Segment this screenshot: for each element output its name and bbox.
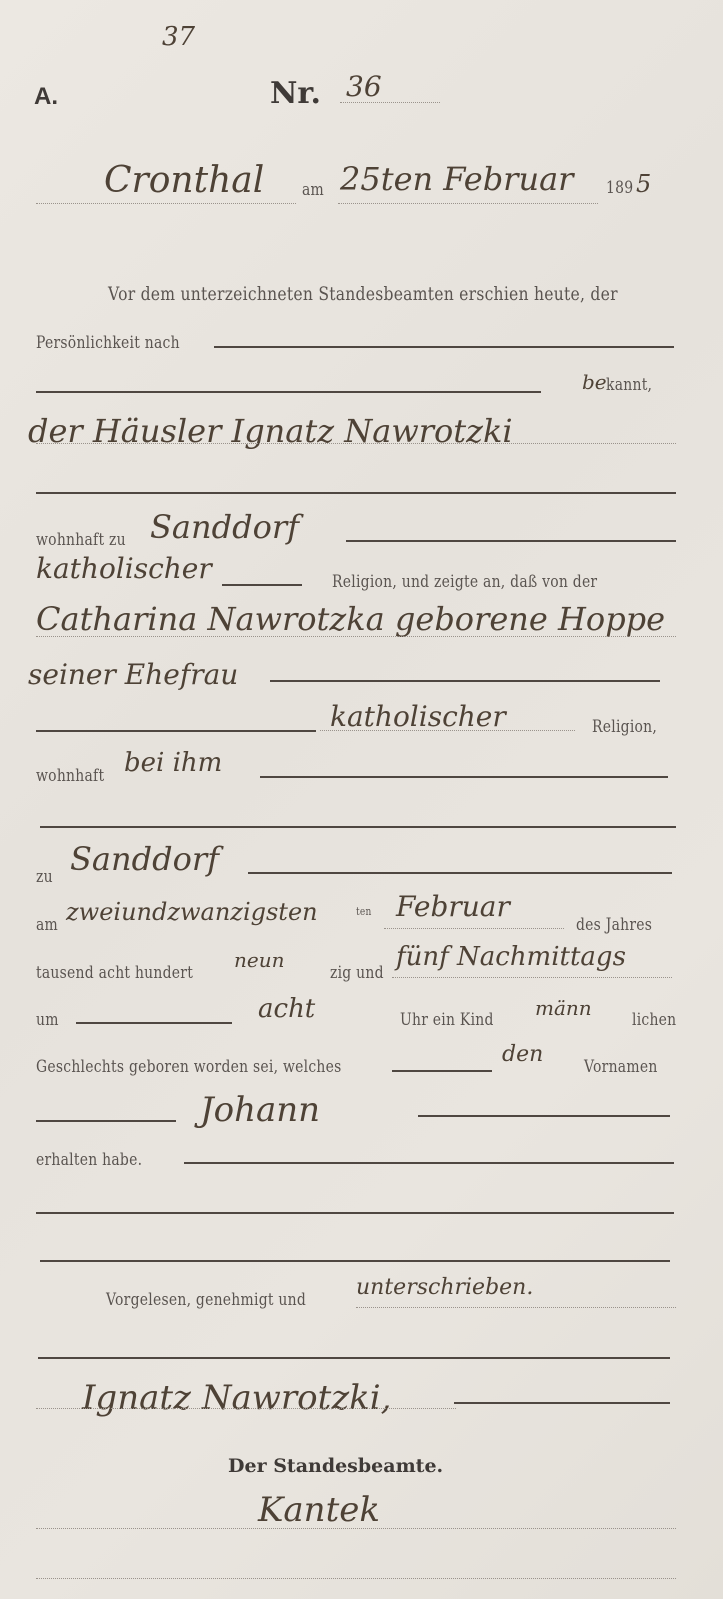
- mother-residence-label: wohnhaft: [36, 766, 104, 786]
- registrar-title: Der Standesbeamte.: [228, 1455, 443, 1477]
- vornamen-label: Vornamen: [584, 1057, 658, 1077]
- zig-und-label: zig und: [330, 963, 384, 983]
- form-letter: A.: [34, 83, 58, 111]
- mother-dotted-rule: [36, 636, 676, 637]
- unterschrieben-hand: unterschrieben.: [356, 1275, 533, 1300]
- bekannt-hand: be: [582, 370, 607, 394]
- record-number: 36: [346, 70, 382, 103]
- mother-residence-strike-line: [260, 776, 668, 778]
- am-label: am: [302, 180, 324, 200]
- blank-strike-line: [40, 826, 676, 828]
- mother-name: Catharina Nawrotzka geborene Hoppe: [36, 600, 665, 638]
- birth-year-unit: fünf Nachmittags: [396, 942, 626, 972]
- birth-decade: neun: [234, 948, 284, 972]
- registry-date: 25ten Februar: [340, 160, 573, 198]
- bekannt-print: kannt,: [606, 375, 652, 395]
- informant-signature: Ignatz Nawrotzki,: [82, 1378, 391, 1418]
- mother-residence: bei ihm: [124, 748, 222, 778]
- informant-strike-line: [454, 1402, 670, 1404]
- father-strike-line: [36, 492, 676, 494]
- name-right-strike-line: [418, 1115, 670, 1117]
- mother-religion: katholischer: [330, 700, 506, 733]
- name-left-strike-line: [36, 1120, 176, 1122]
- child-given-name: Johann: [200, 1090, 320, 1130]
- number-label: Nr.: [270, 76, 321, 111]
- mother-relation: seiner Ehefrau: [28, 658, 238, 691]
- child-sex: männ: [535, 996, 592, 1020]
- religion-strike-line: [222, 584, 302, 586]
- birth-hour: acht: [258, 994, 315, 1024]
- mother-religion-dotted-rule: [320, 730, 575, 731]
- annotation-number: 37: [162, 22, 195, 52]
- registrar-dotted-rule: [36, 1528, 676, 1529]
- geschlechts-strike-line: [392, 1070, 492, 1072]
- intro-text: Vor dem unterzeichneten Standesbeamten e…: [108, 283, 618, 305]
- erhalten-label: erhalten habe.: [36, 1150, 142, 1170]
- birth-month: Februar: [396, 890, 510, 923]
- birth-register-page: 37 A. Nr. 36 Cronthal am 25ten Februar 1…: [0, 0, 723, 1599]
- zu-label: zu: [36, 867, 53, 887]
- hour-strike-line: [76, 1022, 232, 1024]
- blank-strike-line-3: [40, 1260, 670, 1262]
- ten-label: ten: [356, 905, 372, 918]
- identity-strike-line: [214, 346, 674, 348]
- month-dotted-rule: [384, 928, 564, 929]
- residence-strike-line: [346, 540, 676, 542]
- registry-place: Cronthal: [104, 160, 264, 201]
- birth-place: Sanddorf: [70, 840, 219, 878]
- mother-religion-label: Religion,: [592, 717, 657, 737]
- geschlechts-label: Geschlechts geboren worden sei, welches: [36, 1057, 342, 1077]
- relation-strike-line: [270, 680, 660, 682]
- year-unit-dotted-rule: [392, 977, 672, 978]
- uhr-label: Uhr ein Kind: [400, 1010, 494, 1030]
- informant-dotted-rule: [36, 1408, 456, 1409]
- year-handwritten: 5: [636, 170, 651, 198]
- year-printed: 189: [606, 178, 633, 198]
- registrar-signature: Kantek: [258, 1490, 380, 1530]
- father-name: der Häusler Ignatz Nawrotzki: [28, 412, 513, 450]
- father-religion: katholischer: [36, 552, 212, 585]
- blank-strike-line-2: [36, 1212, 674, 1214]
- tausend-label: tausend acht hundert: [36, 963, 193, 983]
- residence-label: wohnhaft zu: [36, 530, 126, 550]
- den-hand: den: [502, 1042, 543, 1067]
- am-label-2: am: [36, 915, 58, 935]
- mother-religion-strike-line: [36, 730, 316, 732]
- um-label: um: [36, 1010, 59, 1030]
- identity-label: Persönlichkeit nach: [36, 333, 180, 353]
- vorgelesen-dotted-rule: [356, 1307, 676, 1308]
- identity-strike-line-2: [36, 391, 541, 393]
- vorgelesen-label: Vorgelesen, genehmigt und: [106, 1290, 306, 1310]
- birth-place-strike-line: [248, 872, 672, 874]
- des-jahres-label: des Jahres: [576, 915, 652, 935]
- father-residence: Sanddorf: [150, 508, 299, 546]
- signature-top-rule: [38, 1357, 670, 1359]
- erhalten-strike-line: [184, 1162, 674, 1164]
- lichen-label: lichen: [632, 1010, 676, 1030]
- date-dotted-rule: [338, 203, 598, 204]
- bottom-dotted-rule: [36, 1578, 676, 1579]
- birth-day: zweiundzwanzigsten: [66, 898, 318, 926]
- number-dotted-rule: [340, 102, 440, 103]
- place-dotted-rule: [36, 203, 296, 204]
- religion-label: Religion, und zeigte an, daß von der: [332, 572, 597, 592]
- father-dotted-rule: [36, 443, 676, 444]
